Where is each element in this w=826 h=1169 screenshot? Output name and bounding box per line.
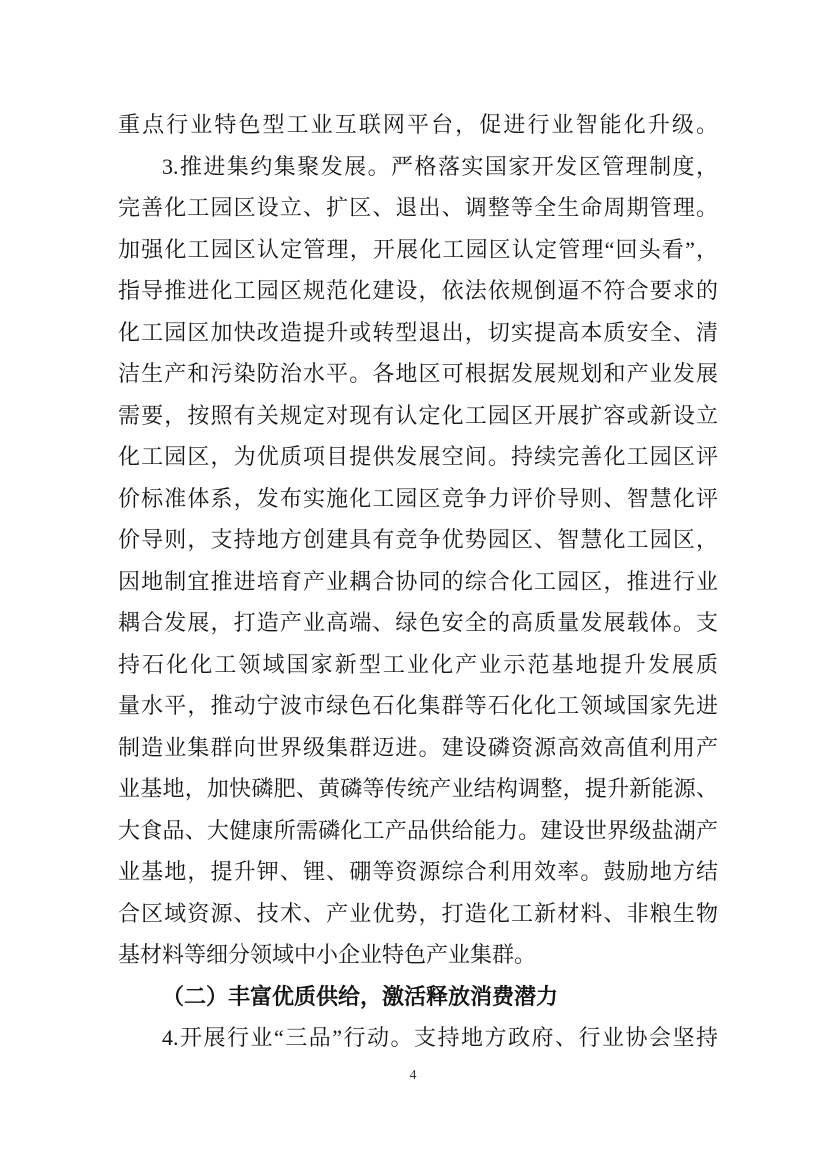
- text-line: 持石化化工领域国家新型工业化产业示范基地提升发展质: [118, 644, 718, 686]
- document-text-block: 重点行业特色型工业互联网平台，促进行业智能化升级。3.推进集约集聚发展。严格落实…: [118, 104, 718, 1059]
- text-line: 制造业集群向世界级集群迈进。建设磷资源高效高值利用产: [118, 727, 718, 769]
- text-line: 完善化工园区设立、扩区、退出、调整等全生命周期管理。: [118, 187, 718, 229]
- text-line: 价标准体系，发布实施化工园区竞争力评价导则、智慧化评: [118, 478, 718, 520]
- text-line: 业基地，加快磷肥、黄磷等传统产业结构调整，提升新能源、: [118, 768, 718, 810]
- text-line: 业基地，提升钾、锂、硼等资源综合利用效率。鼓励地方结: [118, 851, 718, 893]
- text-line: 耦合发展，打造产业高端、绿色安全的高质量发展载体。支: [118, 602, 718, 644]
- text-line: 价导则，支持地方创建具有竞争优势园区、智慧化工园区，: [118, 519, 718, 561]
- text-line: 合区域资源、技术、产业优势，打造化工新材料、非粮生物: [118, 893, 718, 935]
- text-line: 洁生产和污染防治水平。各地区可根据发展规划和产业发展: [118, 353, 718, 395]
- text-line: 需要，按照有关规定对现有认定化工园区开展扩容或新设立: [118, 395, 718, 437]
- section-heading: （二）丰富优质供给，激活释放消费潜力: [118, 976, 718, 1018]
- document-page: 重点行业特色型工业互联网平台，促进行业智能化升级。3.推进集约集聚发展。严格落实…: [0, 0, 826, 1169]
- text-line: 化工园区加快改造提升或转型退出，切实提高本质安全、清: [118, 312, 718, 354]
- text-line: 量水平，推动宁波市绿色石化集群等石化化工领域国家先进: [118, 685, 718, 727]
- text-line: 重点行业特色型工业互联网平台，促进行业智能化升级。: [118, 104, 718, 146]
- text-line: 基材料等细分领域中小企业特色产业集群。: [118, 934, 718, 976]
- text-line: 指导推进化工园区规范化建设，依法依规倒逼不符合要求的: [118, 270, 718, 312]
- text-line: 加强化工园区认定管理，开展化工园区认定管理“回头看”，: [118, 229, 718, 271]
- page-number: 4: [0, 1068, 826, 1084]
- text-line: 因地制宜推进培育产业耦合协同的综合化工园区，推进行业: [118, 561, 718, 603]
- text-line: 大食品、大健康所需磷化工产品供给能力。建设世界级盐湖产: [118, 810, 718, 852]
- text-line: 3.推进集约集聚发展。严格落实国家开发区管理制度，: [118, 146, 718, 188]
- text-line: 4.开展行业“三品”行动。支持地方政府、行业协会坚持: [118, 1017, 718, 1059]
- text-line: 化工园区，为优质项目提供发展空间。持续完善化工园区评: [118, 436, 718, 478]
